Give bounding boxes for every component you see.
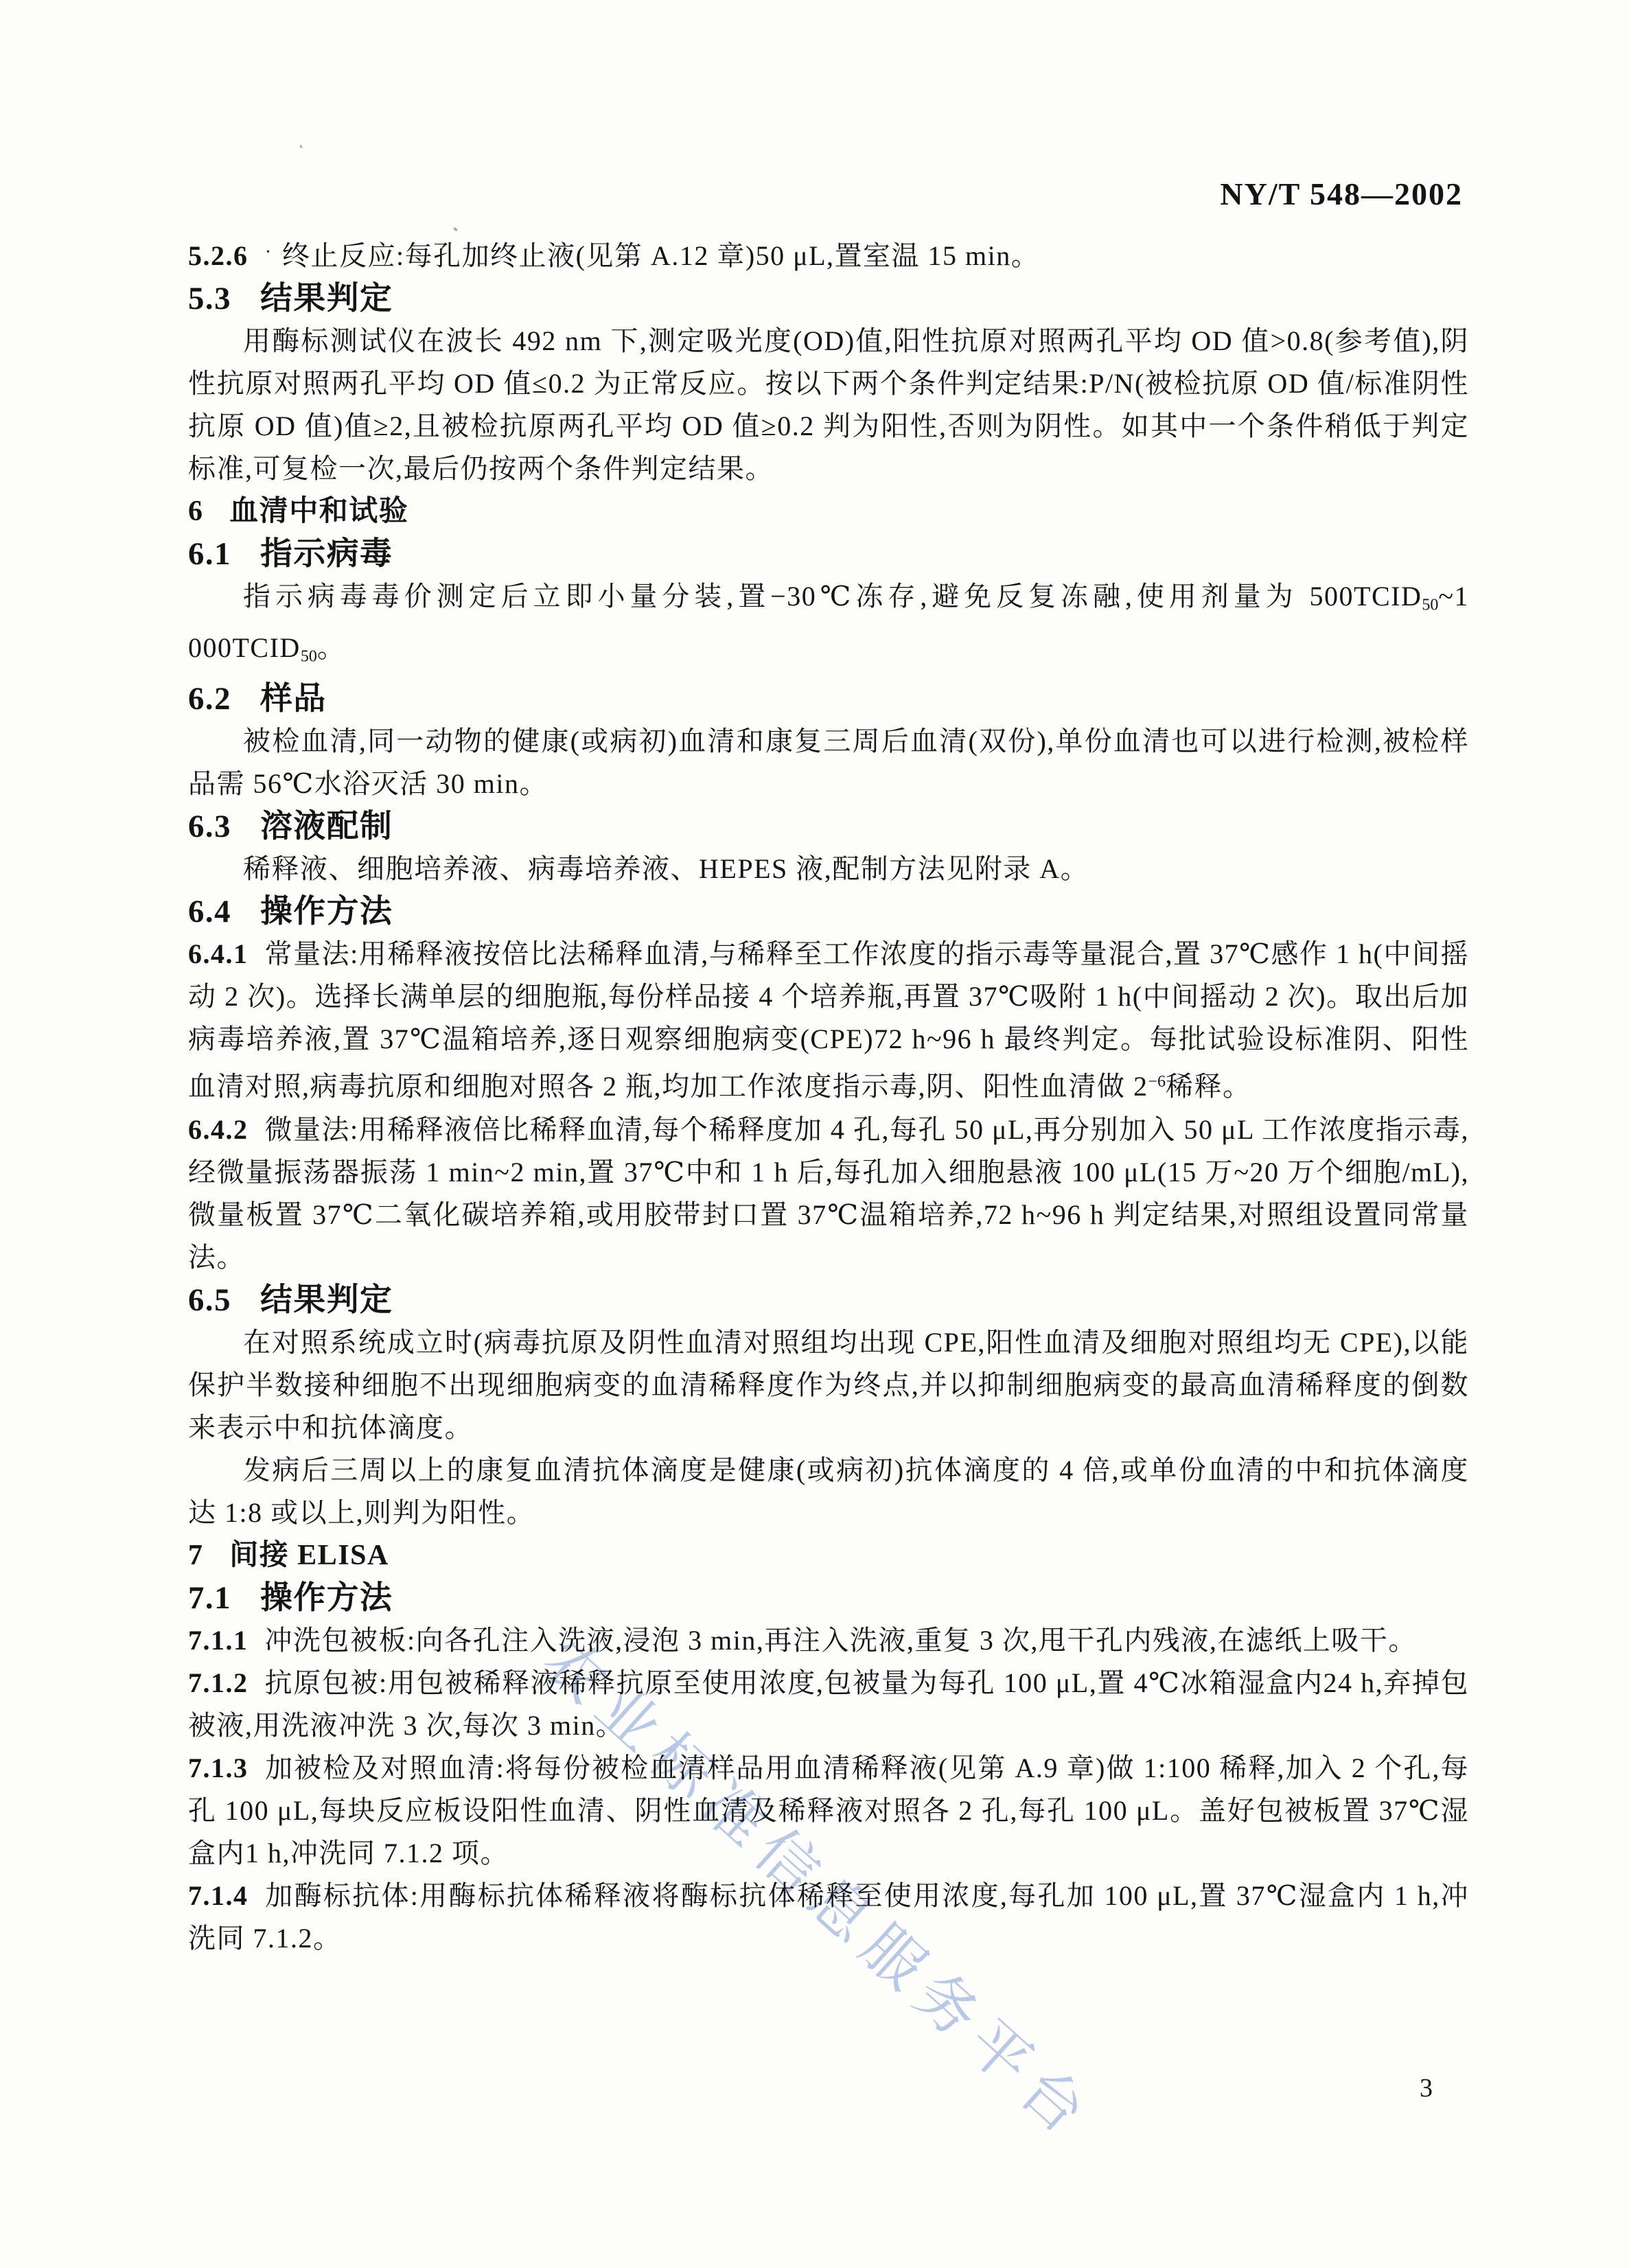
clause-7-1-4: 7.1.4加酶标抗体:用酶标抗体稀释液将酶标抗体稀释至使用浓度,每孔加 100 … <box>188 1875 1469 1960</box>
heading-title: 操作方法 <box>260 1580 393 1616</box>
clause-text: 稀释。 <box>1166 1072 1251 1102</box>
clause-number: 7.1.3 <box>188 1752 249 1783</box>
chapter-title: 血清中和试验 <box>229 496 408 527</box>
heading-number: 6.4 <box>188 894 231 929</box>
heading-number: 6.2 <box>188 681 231 717</box>
heading-number: 5.3 <box>188 281 231 316</box>
heading-6-1: 6.1指示病毒 <box>188 533 1469 575</box>
clause-text: 加酶标抗体:用酶标抗体稀释液将酶标抗体稀释至使用浓度,每孔加 100 μL,置 … <box>188 1880 1469 1954</box>
tcid-subscript: 50 <box>1422 597 1438 614</box>
clause-number: 7.1.2 <box>188 1667 249 1698</box>
clause-text: 抗原包被:用包被稀释液稀释抗原至使用浓度,包被量为每孔 100 μL,置 4℃冰… <box>188 1667 1469 1741</box>
heading-6-2: 6.2样品 <box>188 678 1469 720</box>
clause-text: 加被检及对照血清:将每份被检血清样品用血清稀释液(见第 A.9 章)做 1:10… <box>188 1752 1469 1868</box>
paragraph-6-5-2: 发病后三周以上的康复血清抗体滴度是健康(或病初)抗体滴度的 4 倍,或单份血清的… <box>188 1449 1469 1534</box>
chapter-6: 6血清中和试验 <box>188 490 1469 533</box>
chapter-number: 6 <box>188 496 204 527</box>
clause-7-1-3: 7.1.3加被检及对照血清:将每份被检血清样品用血清稀释液(见第 A.9 章)做… <box>188 1747 1469 1875</box>
heading-title: 样品 <box>260 681 327 717</box>
chapter-7: 7间接 ELISA <box>188 1534 1469 1577</box>
clause-6-4-1: 6.4.1常量法:用稀释液按倍比法稀释血清,与稀释至工作浓度的指示毒等量混合,置… <box>188 933 1469 1108</box>
paragraph-6-1: 指示病毒毒价测定后立即小量分装,置−30℃冻存,避免反复冻融,使用剂量为 500… <box>188 575 1469 678</box>
page-number: 3 <box>1420 2073 1433 2103</box>
clause-6-4-2: 6.4.2微量法:用稀释液倍比稀释血清,每个稀释度加 4 孔,每孔 50 μL,… <box>188 1109 1469 1279</box>
scan-speck <box>1238 748 1242 751</box>
heading-6-3: 6.3溶液配制 <box>188 805 1469 848</box>
heading-number: 6.5 <box>188 1282 231 1318</box>
clause-text: 终止反应:每孔加终止液(见第 A.12 章)50 μL,置室温 15 min。 <box>282 240 1039 271</box>
heading-title: 操作方法 <box>260 894 393 929</box>
heading-title: 指示病毒 <box>260 536 393 572</box>
paragraph-text: 指示病毒毒价测定后立即小量分装,置−30℃冻存,避免反复冻融,使用剂量为 500… <box>243 581 1422 612</box>
scan-artifact: · <box>265 231 273 273</box>
scan-speck <box>299 145 303 149</box>
paragraph-text: 。 <box>317 632 346 663</box>
chapter-title: 间接 ELISA <box>229 1540 389 1571</box>
clause-number: 5.2.6 <box>188 240 249 271</box>
clause-number: 6.4.1 <box>188 938 249 969</box>
paragraph-5-3: 用酶标测试仪在波长 492 nm 下,测定吸光度(OD)值,阳性抗原对照两孔平均… <box>188 320 1469 490</box>
clause-text: 微量法:用稀释液倍比稀释血清,每个稀释度加 4 孔,每孔 50 μL,再分别加入… <box>188 1114 1469 1273</box>
clause-number: 7.1.4 <box>188 1880 249 1911</box>
clause-text: 冲洗包被板:向各孔注入洗液,浸泡 3 min,再注入洗液,重复 3 次,甩干孔内… <box>265 1625 1417 1656</box>
paragraph-6-3: 稀释液、细胞培养液、病毒培养液、HEPES 液,配制方法见附录 A。 <box>188 848 1469 890</box>
clause-text: 常量法:用稀释液按倍比法稀释血清,与稀释至工作浓度的指示毒等量混合,置 37℃感… <box>188 938 1469 1102</box>
paragraph-6-2: 被检血清,同一动物的健康(或病初)血清和康复三周后血清(双份),单份血清也可以进… <box>188 720 1469 805</box>
clause-7-1-1: 7.1.1冲洗包被板:向各孔注入洗液,浸泡 3 min,再注入洗液,重复 3 次… <box>188 1619 1469 1662</box>
heading-6-5: 6.5结果判定 <box>188 1279 1469 1321</box>
clause-number: 6.4.2 <box>188 1114 249 1145</box>
standard-code: NY/T 548—2002 <box>1220 176 1463 212</box>
heading-6-4: 6.4操作方法 <box>188 890 1469 933</box>
heading-title: 结果判定 <box>260 281 393 316</box>
heading-number: 6.3 <box>188 809 231 844</box>
heading-7-1: 7.1操作方法 <box>188 1577 1469 1619</box>
clause-5-2-6: 5.2.6·终止反应:每孔加终止液(见第 A.12 章)50 μL,置室温 15… <box>188 231 1469 277</box>
paragraph-6-5-1: 在对照系统成立时(病毒抗原及阴性血清对照组均出现 CPE,阳性血清及细胞对照组均… <box>188 1321 1469 1449</box>
document-body: 5.2.6·终止反应:每孔加终止液(见第 A.12 章)50 μL,置室温 15… <box>188 231 1469 1960</box>
heading-number: 7.1 <box>188 1580 231 1616</box>
chapter-number: 7 <box>188 1540 204 1571</box>
clause-number: 7.1.1 <box>188 1625 249 1656</box>
tcid-subscript: 50 <box>301 647 317 665</box>
heading-5-3: 5.3结果判定 <box>188 277 1469 320</box>
dilution-superscript: −6 <box>1148 1073 1166 1091</box>
document-page: NY/T 548—2002 农业标准信息服务平台 5.2.6·终止反应:每孔加终… <box>0 0 1629 2268</box>
clause-7-1-2: 7.1.2抗原包被:用包被稀释液稀释抗原至使用浓度,包被量为每孔 100 μL,… <box>188 1662 1469 1747</box>
heading-title: 溶液配制 <box>260 809 393 844</box>
heading-title: 结果判定 <box>260 1282 393 1318</box>
heading-number: 6.1 <box>188 536 231 572</box>
